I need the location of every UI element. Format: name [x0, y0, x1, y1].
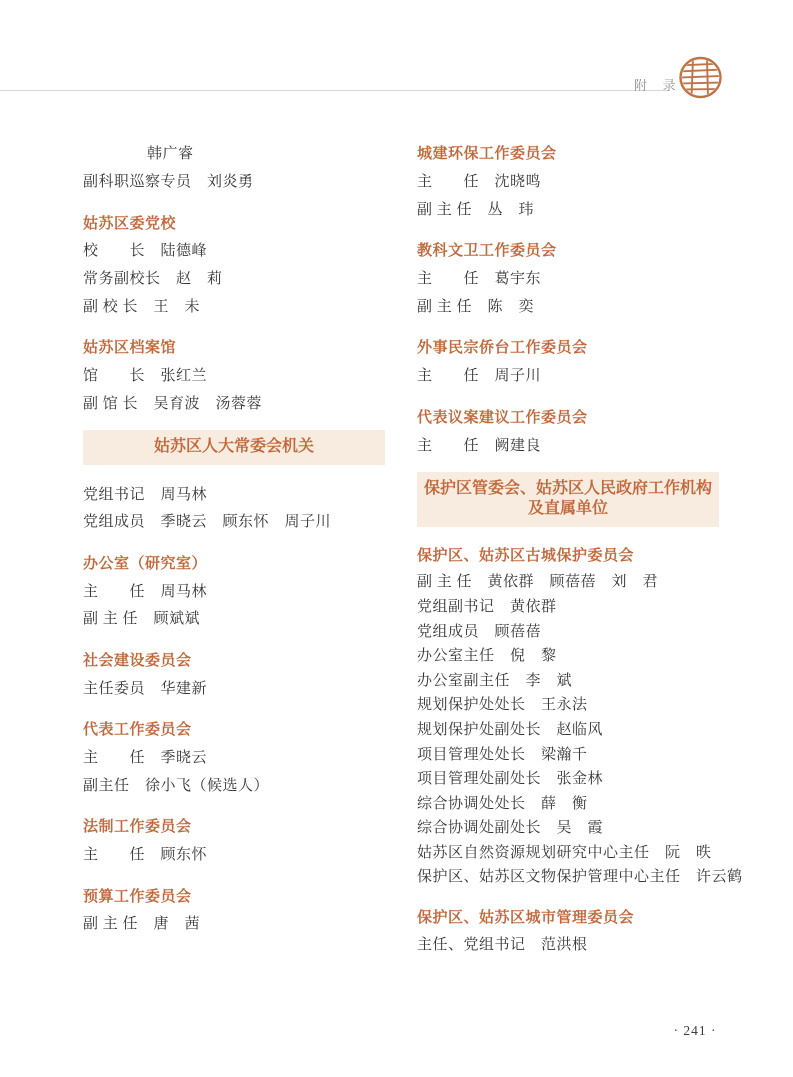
section-spacer	[417, 222, 757, 236]
person-line: 党组副书记 黄依群	[417, 593, 757, 618]
section-heading: 城建环保工作委员会	[417, 139, 757, 167]
section-banner: 保护区管委会、姑苏区人民政府工作机构及直属单位	[417, 472, 719, 527]
person-line: 副 校 长 王 未	[83, 291, 393, 319]
person-line: 保护区、姑苏区文物保护管理中心主任 许云鹤	[417, 864, 757, 889]
section-spacer	[417, 458, 757, 472]
section-banner: 姑苏区人大常委会机关	[83, 430, 385, 465]
page-header-title: 附 录	[634, 75, 682, 94]
section-spacer	[83, 632, 393, 646]
person-line: 副 主 任 陈 奕	[417, 291, 757, 319]
section-spacer	[417, 888, 757, 902]
section-heading: 姑苏区档案馆	[83, 333, 393, 361]
person-line: 主任委员 华建新	[83, 673, 393, 701]
person-line: 主 任 周子川	[417, 361, 757, 389]
person-line: 项目管理处处长 梁瀚千	[417, 741, 757, 766]
person-line: 主 任 葛宇东	[417, 264, 757, 292]
person-line: 规划保护处处长 王永法	[417, 692, 757, 717]
section-heading: 姑苏区委党校	[83, 208, 393, 236]
section-spacer	[83, 798, 393, 812]
section-spacer	[83, 535, 393, 549]
section-spacer	[417, 319, 757, 333]
person-line: 副 主 任 顾斌斌	[83, 604, 393, 632]
person-line: 副 主 任 唐 茜	[83, 909, 393, 937]
person-line: 综合协调处处长 薛 衡	[417, 790, 757, 815]
section-spacer	[83, 319, 393, 333]
person-line: 姑苏区自然资源规划研究中心主任 阮 昳	[417, 839, 757, 864]
right-column: 城建环保工作委员会主 任 沈晓鸣副 主 任 丛 玮教科文卫工作委员会主 任 葛宇…	[417, 139, 757, 958]
appendix-page: 附 录 韩广睿副科职巡察专员 刘炎勇姑苏区委党校校 长 陆德峰常务副校长 赵 莉…	[0, 0, 793, 1077]
section-spacer	[83, 194, 393, 208]
lattice-seal-icon	[678, 56, 723, 99]
section-heading: 法制工作委员会	[83, 812, 393, 840]
section-heading: 外事民宗侨台工作委员会	[417, 333, 757, 361]
section-heading: 社会建设委员会	[83, 646, 393, 674]
section-heading: 教科文卫工作委员会	[417, 236, 757, 264]
section-heading: 办公室（研究室）	[83, 549, 393, 577]
section-spacer	[417, 527, 757, 541]
person-line: 韩广睿	[83, 139, 393, 167]
person-line: 校 长 陆德峰	[83, 236, 393, 264]
section-heading: 代表议案建议工作委员会	[417, 403, 757, 431]
section-spacer	[417, 389, 757, 403]
person-line: 主 任 沈晓鸣	[417, 167, 757, 195]
section-heading: 保护区、姑苏区城市管理委员会	[417, 902, 757, 930]
person-line: 副科职巡察专员 刘炎勇	[83, 167, 393, 195]
person-line: 综合协调处副处长 吴 霞	[417, 815, 757, 840]
person-line: 项目管理处副处长 张金林	[417, 765, 757, 790]
person-line: 主 任 季晓云	[83, 743, 393, 771]
person-line: 党组书记 周马林	[83, 479, 393, 507]
person-line: 常务副校长 赵 莉	[83, 264, 393, 292]
section-spacer	[83, 701, 393, 715]
left-column: 韩广睿副科职巡察专员 刘炎勇姑苏区委党校校 长 陆德峰常务副校长 赵 莉副 校 …	[83, 139, 393, 937]
header-rule	[0, 90, 669, 91]
section-spacer	[83, 416, 393, 430]
person-line: 馆 长 张红兰	[83, 361, 393, 389]
section-heading: 预算工作委员会	[83, 881, 393, 909]
section-heading: 保护区、姑苏区古城保护委员会	[417, 541, 757, 569]
person-line: 副主任 徐小飞（候选人）	[83, 770, 393, 798]
page-number: · 241 ·	[645, 1023, 745, 1039]
person-line: 党组成员 顾蓓蓓	[417, 618, 757, 643]
section-spacer	[83, 867, 393, 881]
person-line: 副 主 任 丛 玮	[417, 194, 757, 222]
person-line: 规划保护处副处长 赵临风	[417, 716, 757, 741]
person-line: 办公室主任 倪 黎	[417, 642, 757, 667]
section-heading: 代表工作委员会	[83, 715, 393, 743]
person-line: 党组成员 季晓云 顾东怀 周子川	[83, 507, 393, 535]
person-line: 主 任 顾东怀	[83, 840, 393, 868]
banner-line: 及直属单位	[417, 499, 719, 519]
person-line: 副 馆 长 吴育波 汤蓉蓉	[83, 389, 393, 417]
person-line: 主 任 阙建良	[417, 430, 757, 458]
person-line: 副 主 任 黄依群 顾蓓蓓 刘 君	[417, 569, 757, 594]
banner-line: 姑苏区人大常委会机关	[83, 437, 385, 457]
person-line: 主 任 周马林	[83, 576, 393, 604]
person-line: 主任、党组书记 范洪根	[417, 930, 757, 958]
banner-line: 保护区管委会、姑苏区人民政府工作机构	[417, 479, 719, 499]
section-spacer	[83, 465, 393, 479]
person-line: 办公室副主任 李 斌	[417, 667, 757, 692]
